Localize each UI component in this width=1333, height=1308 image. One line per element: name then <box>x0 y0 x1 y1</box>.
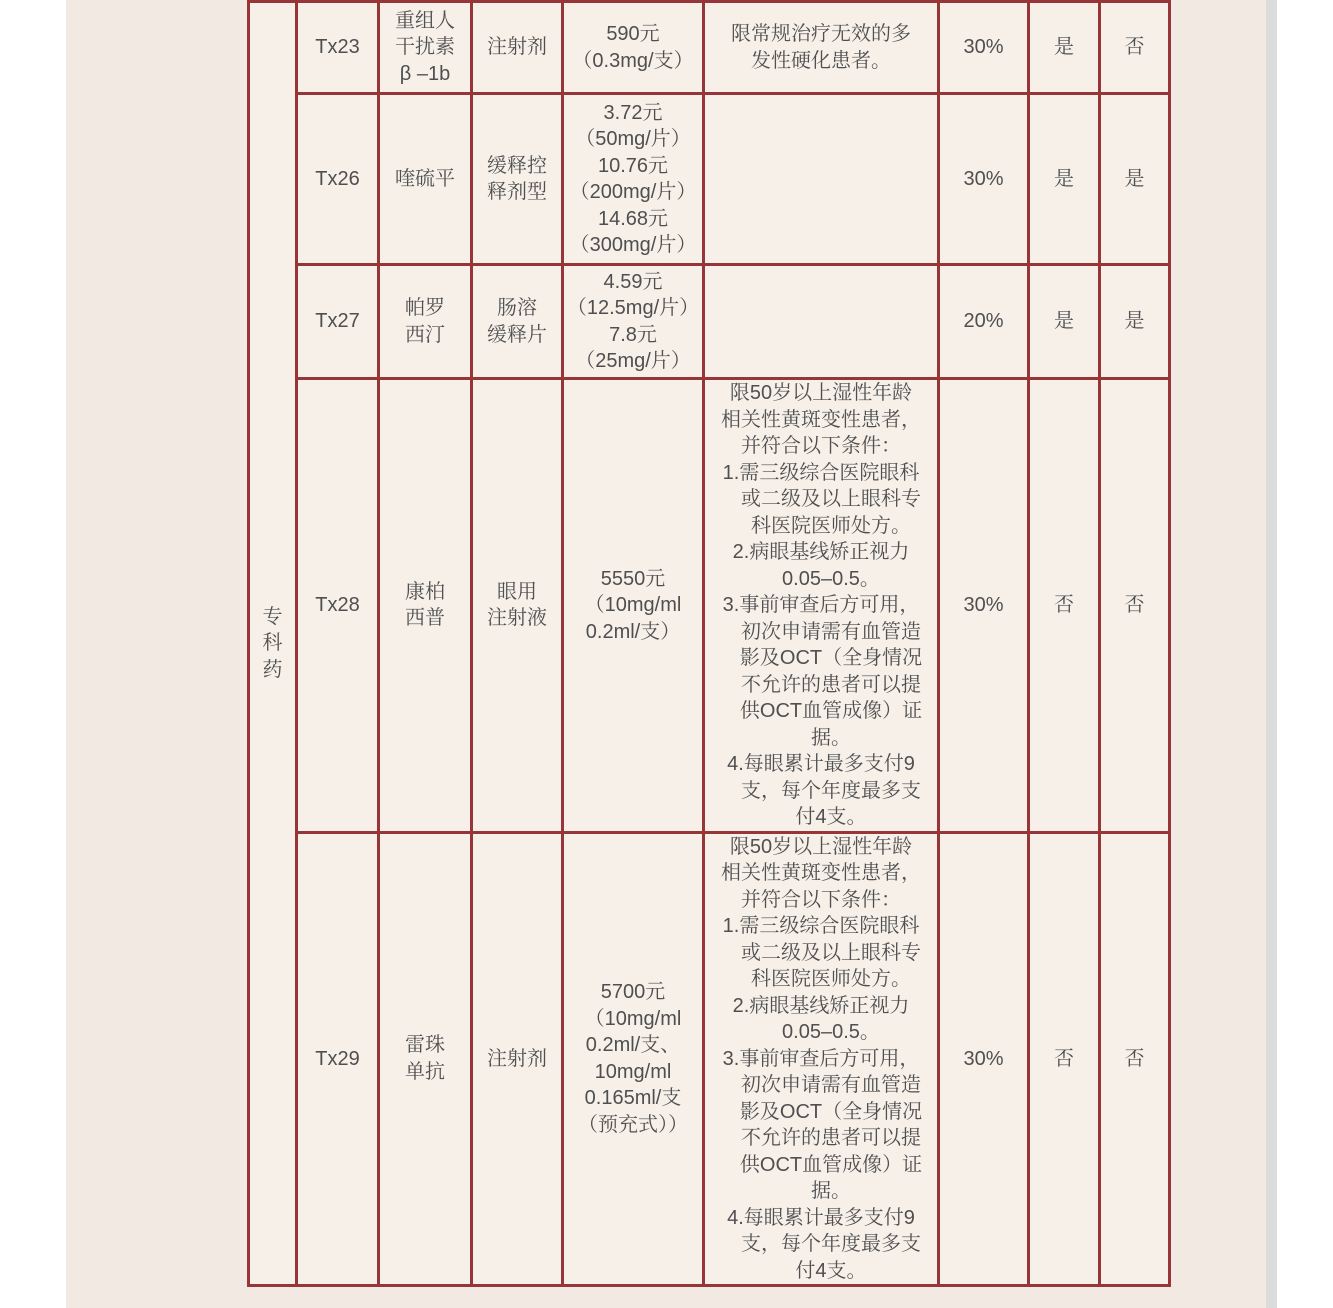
cell-drug-name: 帕罗 西汀 <box>379 265 472 379</box>
cell-code: Tx27 <box>297 265 379 379</box>
cell-code: Tx26 <box>297 94 379 265</box>
cell-pay-ratio: 20% <box>939 265 1029 379</box>
cell-flag-2: 是 <box>1100 94 1170 265</box>
cell-price: 5700元 （10mg/ml 0.2ml/支、 10mg/ml 0.165ml/… <box>563 832 704 1286</box>
cell-restriction: 限50岁以上湿性年龄 相关性黄斑变性患者， 并符合以下条件： 1.需三级综合医院… <box>704 379 939 833</box>
cell-code: Tx29 <box>297 832 379 1286</box>
cell-dosage-form: 注射剂 <box>472 2 563 94</box>
cell-dosage-form: 眼用 注射液 <box>472 379 563 833</box>
cell-pay-ratio: 30% <box>939 94 1029 265</box>
cell-restriction: 限常规治疗无效的多 发性硬化患者。 <box>704 2 939 94</box>
cell-restriction: 限50岁以上湿性年龄 相关性黄斑变性患者， 并符合以下条件： 1.需三级综合医院… <box>704 832 939 1286</box>
drug-reimbursement-table: 专 科 药 Tx23 重组人 干扰素 β –1b 注射剂 590元 （0.3mg… <box>247 0 1171 1287</box>
group-label-specialty-drugs: 专 科 药 <box>249 2 297 1286</box>
cell-code: Tx28 <box>297 379 379 833</box>
cell-restriction <box>704 265 939 379</box>
cell-flag-1: 否 <box>1029 832 1100 1286</box>
cell-flag-1: 是 <box>1029 94 1100 265</box>
cell-dosage-form: 注射剂 <box>472 832 563 1286</box>
table-row: Tx26 喹硫平 缓释控 释剂型 3.72元 （50mg/片） 10.76元 （… <box>249 94 1170 265</box>
cell-flag-2: 否 <box>1100 832 1170 1286</box>
cell-price: 4.59元 （12.5mg/片） 7.8元 （25mg/片） <box>563 265 704 379</box>
cell-pay-ratio: 30% <box>939 379 1029 833</box>
cell-dosage-form: 缓释控 释剂型 <box>472 94 563 265</box>
scrollbar[interactable] <box>1266 0 1277 1308</box>
cell-drug-name: 喹硫平 <box>379 94 472 265</box>
cell-price: 5550元 （10mg/ml 0.2ml/支） <box>563 379 704 833</box>
cell-dosage-form: 肠溶 缓释片 <box>472 265 563 379</box>
cell-pay-ratio: 30% <box>939 832 1029 1286</box>
cell-pay-ratio: 30% <box>939 2 1029 94</box>
cell-drug-name: 康柏 西普 <box>379 379 472 833</box>
table-row: Tx28 康柏 西普 眼用 注射液 5550元 （10mg/ml 0.2ml/支… <box>249 379 1170 833</box>
cell-drug-name: 重组人 干扰素 β –1b <box>379 2 472 94</box>
table-row: Tx27 帕罗 西汀 肠溶 缓释片 4.59元 （12.5mg/片） 7.8元 … <box>249 265 1170 379</box>
cell-flag-2: 否 <box>1100 2 1170 94</box>
page-canvas: 专 科 药 Tx23 重组人 干扰素 β –1b 注射剂 590元 （0.3mg… <box>0 0 1333 1308</box>
cell-flag-2: 是 <box>1100 265 1170 379</box>
cell-flag-2: 否 <box>1100 379 1170 833</box>
cell-price: 3.72元 （50mg/片） 10.76元 （200mg/片） 14.68元 （… <box>563 94 704 265</box>
cell-flag-1: 否 <box>1029 379 1100 833</box>
cell-flag-1: 是 <box>1029 2 1100 94</box>
cell-code: Tx23 <box>297 2 379 94</box>
cell-price: 590元 （0.3mg/支） <box>563 2 704 94</box>
table-row: Tx29 雷珠 单抗 注射剂 5700元 （10mg/ml 0.2ml/支、 1… <box>249 832 1170 1286</box>
table-row: 专 科 药 Tx23 重组人 干扰素 β –1b 注射剂 590元 （0.3mg… <box>249 2 1170 94</box>
cell-flag-1: 是 <box>1029 265 1100 379</box>
cell-drug-name: 雷珠 单抗 <box>379 832 472 1286</box>
cell-restriction <box>704 94 939 265</box>
group-label-text: 专 科 药 <box>263 606 283 681</box>
